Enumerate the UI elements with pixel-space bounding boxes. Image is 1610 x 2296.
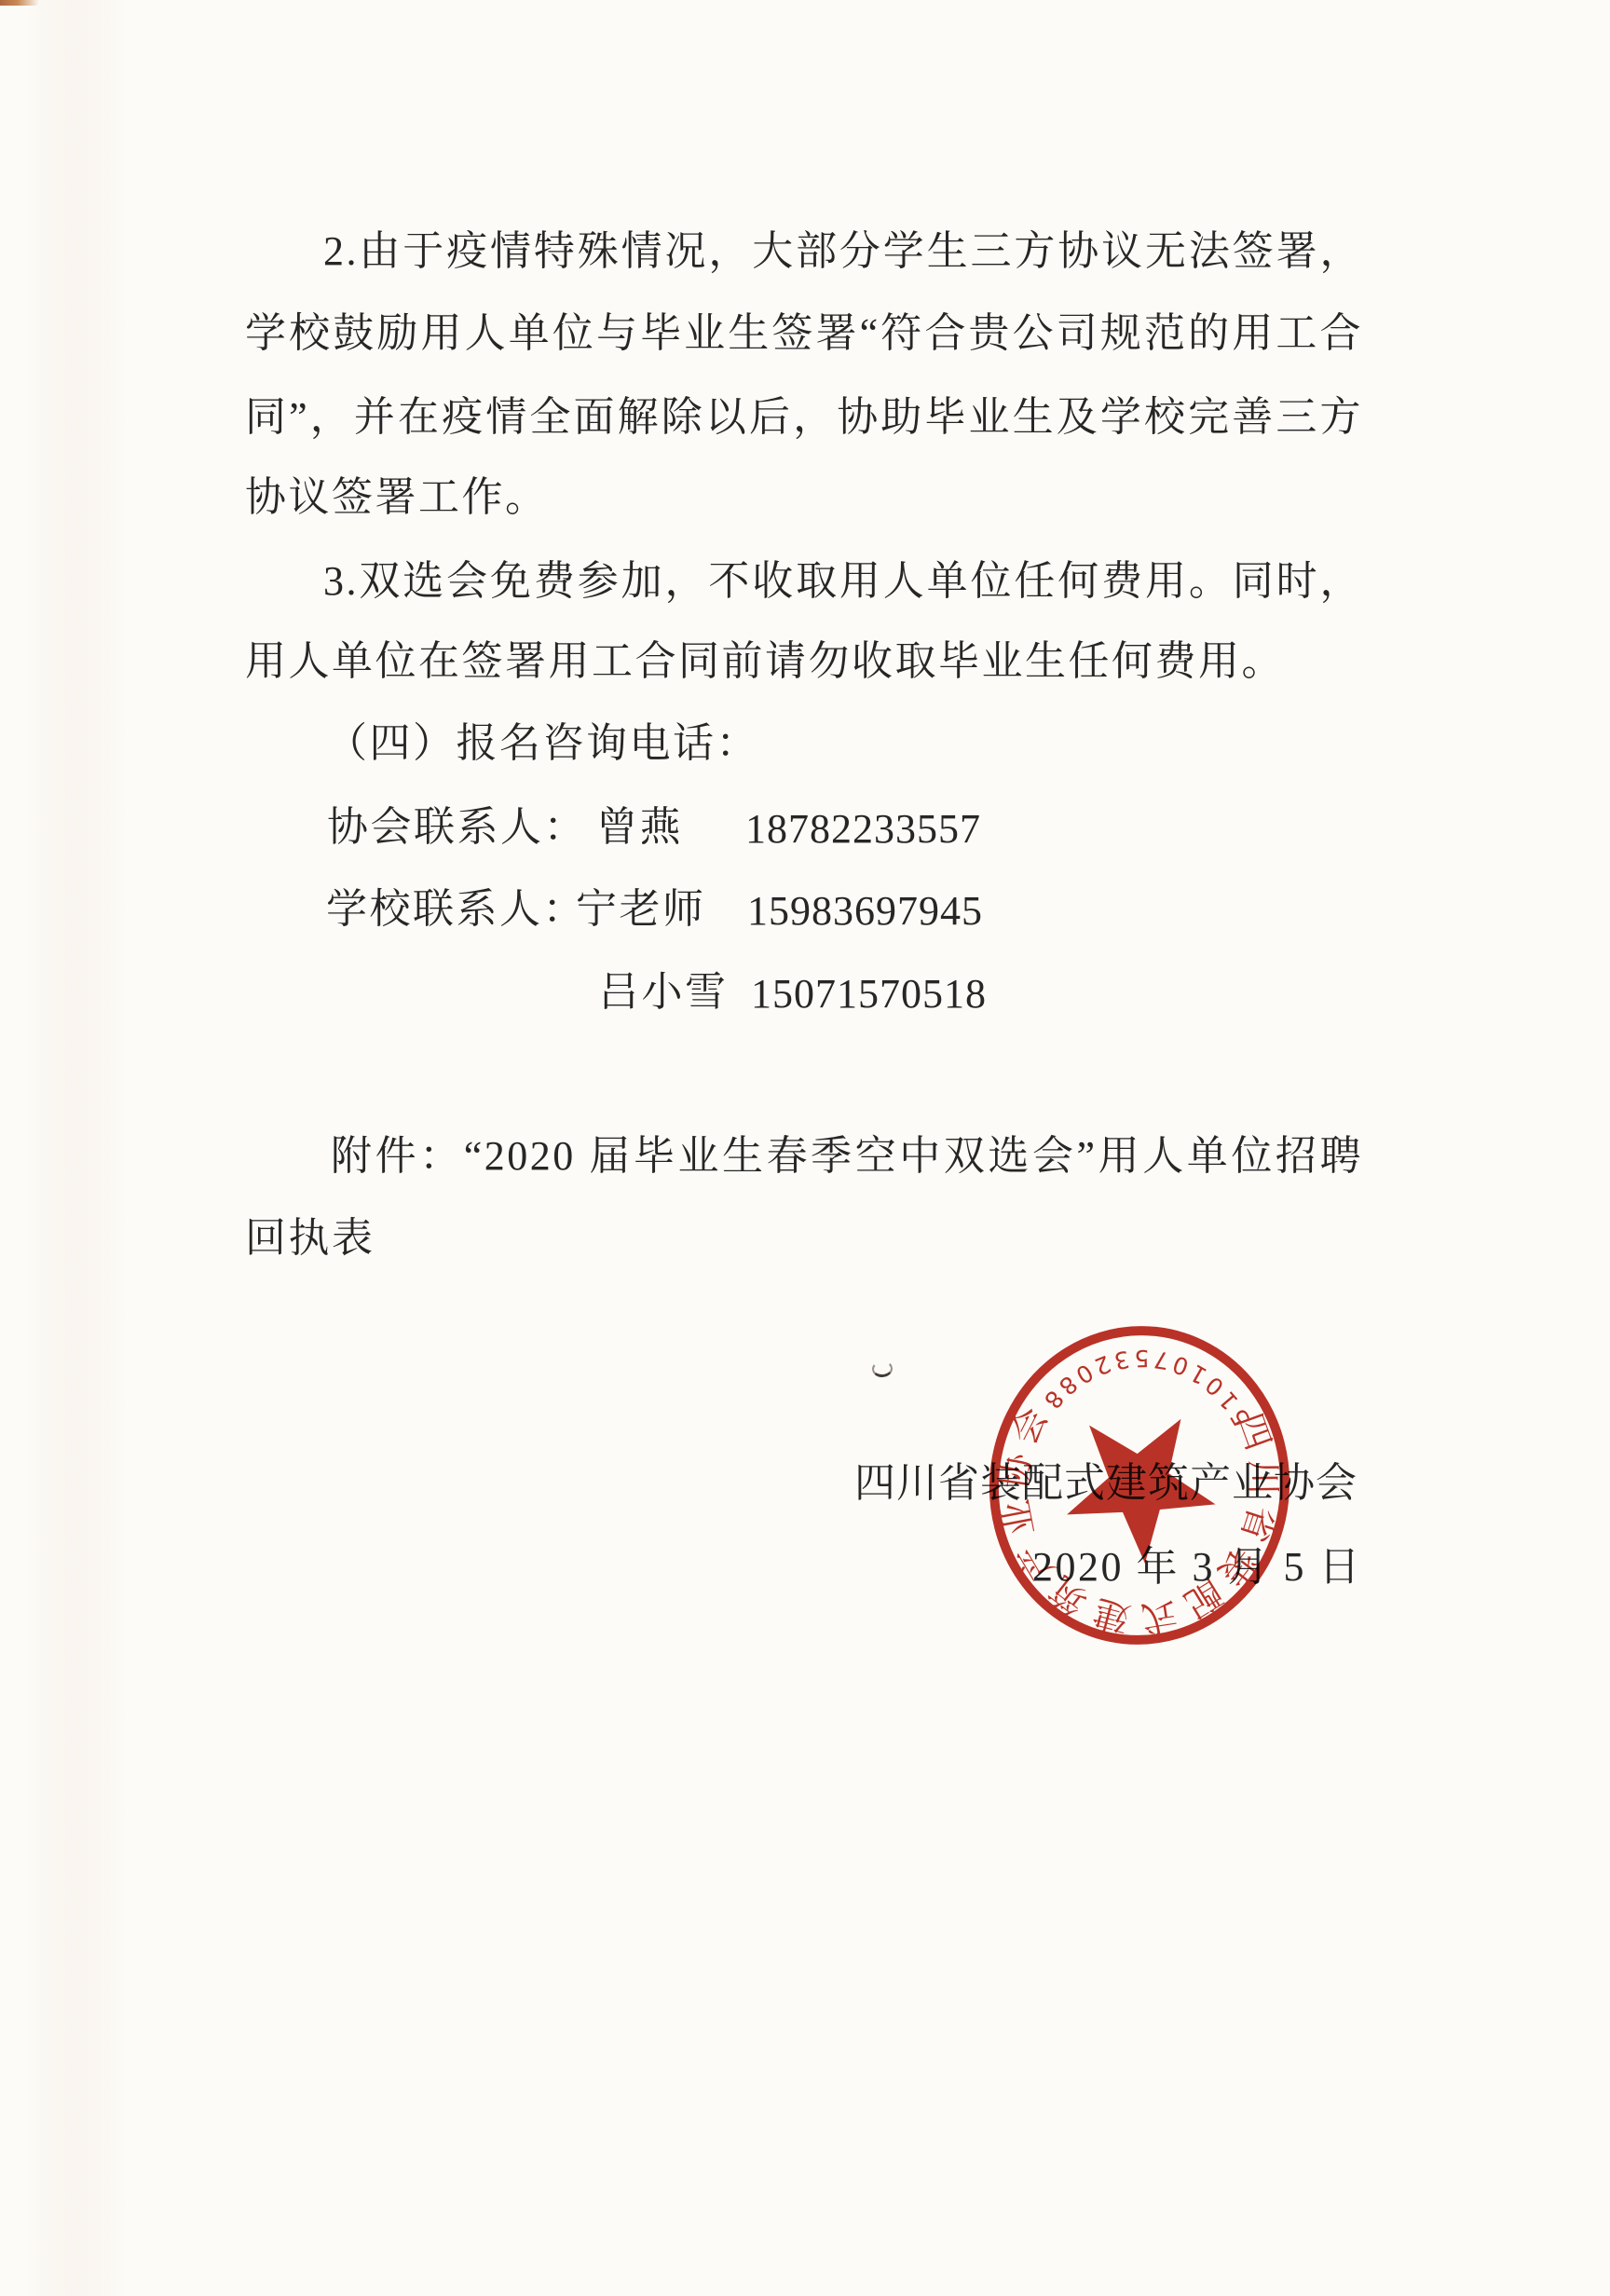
body-line: 2.由于疫情特殊情况，大部分学生三方协议无法签署， bbox=[323, 227, 1363, 276]
attachment-line: 回执表 bbox=[245, 1214, 375, 1263]
contact-name: 吕小雪 bbox=[598, 968, 729, 1017]
contact-phone: 15071570518 bbox=[751, 970, 987, 1018]
contact-label: 学校联系人： bbox=[326, 885, 586, 934]
contact-name: 宁老师 bbox=[576, 885, 706, 934]
contact-phone: 15983697945 bbox=[747, 887, 983, 936]
body-line: 3.双选会免费参加，不收取用人单位任何费用。同时， bbox=[323, 557, 1363, 606]
scanned-document-page: 2.由于疫情特殊情况，大部分学生三方协议无法签署， 学校鼓励用人单位与毕业生签署… bbox=[0, 0, 1610, 2296]
star-icon bbox=[1063, 1408, 1224, 1570]
body-line: 用人单位在签署用工合同前请勿收取毕业生任何费用。 bbox=[245, 637, 1285, 686]
handwritten-check-mark bbox=[871, 1360, 893, 1377]
section-heading: （四）报名咨询电话： bbox=[326, 719, 759, 768]
body-line: 协议签署工作。 bbox=[245, 473, 549, 522]
scan-corner-artifact bbox=[0, 0, 39, 6]
body-line: 同”，并在疫情全面解除以后，协助毕业生及学校完善三方 bbox=[245, 393, 1363, 442]
body-line: 学校鼓励用人单位与毕业生签署“符合贵公司规范的用工合 bbox=[245, 309, 1363, 358]
contact-label: 协会联系人： bbox=[327, 803, 587, 852]
contact-phone: 18782233557 bbox=[745, 805, 981, 854]
attachment-line: 附件：“2020 届毕业生春季空中双选会”用人单位招聘 bbox=[331, 1132, 1363, 1181]
scan-artifact-band bbox=[26, 0, 129, 2296]
contact-name: 曾燕 bbox=[596, 803, 683, 852]
official-seal: 四川省装配式建筑产业协会 510107532088 bbox=[980, 1316, 1299, 1655]
official-seal-graphic: 四川省装配式建筑产业协会 510107532088 bbox=[980, 1316, 1299, 1655]
